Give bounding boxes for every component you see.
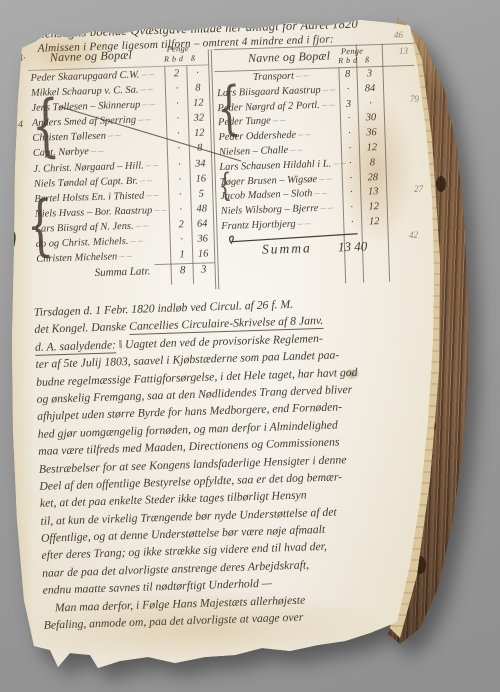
entry-name: Peder Nørgrd af 2 Portl. (217, 99, 334, 114)
ledger-table-right: Transport 8 3 Lars Biisgaard Kaastrup · … (214, 68, 389, 236)
right-column-header: Navne og Bopæl (248, 49, 331, 67)
entry-name: Christen Michelsen (36, 251, 132, 265)
entry-rbd: · (170, 174, 190, 186)
entry-sk: 8 (189, 143, 211, 155)
entry-rbd: 1 (172, 249, 192, 261)
entry-sk: · (186, 67, 208, 79)
entry-rbd: · (341, 143, 359, 155)
entry-sk: 5 (190, 188, 212, 200)
entry-sk: 8 (187, 82, 209, 94)
entry-sk: 36 (358, 127, 384, 139)
entry-rbd: · (343, 202, 361, 214)
left-total-rbd: 8 (172, 264, 192, 277)
entry-rbd: 8 (338, 69, 356, 81)
entry-name: Capt. Nørbye (33, 146, 104, 159)
entry-sk: 84 (357, 83, 383, 95)
entry-sk: 36 (192, 233, 214, 245)
entry-sk: 30 (358, 112, 384, 124)
entry-rbd: · (168, 113, 188, 125)
unit-rbd: Rbd (338, 56, 360, 66)
entry-rbd: · (340, 128, 358, 140)
entry-rbd: · (341, 157, 359, 169)
unit-sk: ß (191, 54, 198, 63)
entry-sk: 28 (360, 171, 386, 183)
entry-rbd: · (343, 217, 361, 229)
entry-rbd: · (169, 143, 189, 155)
entry-sk: 12 (359, 142, 385, 154)
entry-rbd: · (342, 172, 360, 184)
entry-sk: 12 (187, 98, 209, 110)
entry-sk: 12 (361, 201, 387, 213)
entry-name: Niels Tøndal af Capt. Br. (34, 175, 153, 190)
entry-rbd: · (340, 113, 358, 125)
entry-sk: 16 (192, 248, 214, 260)
right-total-label: Summa (262, 240, 312, 258)
left-total-label: Summa Latr. (95, 265, 151, 279)
entry-rbd: · (342, 187, 360, 199)
entry-sk: 16 (190, 173, 212, 185)
entry-sk: 3 (356, 68, 382, 80)
entry-rbd: · (172, 234, 192, 246)
entry-sk: 32 (188, 113, 210, 125)
entry-sk: 48 (191, 203, 213, 215)
entry-name: Christen Tøllesen (32, 131, 120, 145)
entry-name: Transport (216, 70, 308, 84)
left-money-header: Penge (167, 43, 190, 54)
entry-rbd: 3 (339, 98, 357, 110)
entry-rbd: · (167, 98, 187, 110)
entry-rbd: · (167, 83, 187, 95)
circular-transcription: Tirsdagen d. 1 Febr. 1820 indløb ved Cir… (34, 291, 446, 634)
entry-rbd: · (339, 83, 357, 95)
entry-rbd: · (169, 159, 189, 171)
left-total-sk: 3 (192, 263, 214, 276)
entry-sk: 64 (191, 218, 213, 230)
left-money-units: Rbd ß (164, 54, 198, 64)
entry-name: do og Christ. Michels. (36, 236, 144, 250)
entry-name: Lars Biisgrd af N. Jens. (35, 220, 148, 235)
ledger-table-left: Peder Skaarupgaard C.W. 2 · Mikkel Schaa… (28, 67, 216, 269)
entry-rbd: · (171, 204, 191, 216)
entry-name: Peder Tunge (218, 115, 286, 128)
entry-name: Peder Skaarupgaard C.W. (30, 69, 154, 84)
left-column-header: Navne og Bopæl (50, 48, 133, 66)
unit-sk: ß (365, 55, 372, 64)
entry-name: Tøger Brusen – Wigsøe (220, 173, 332, 188)
entry-name: Peder Oddershede (218, 129, 310, 143)
entry-name: Anders Smed af Sperring (32, 114, 151, 129)
entry-sk: 8 (359, 157, 385, 169)
book: 4613792742 Udensogns boende Qvæstgave im… (0, 0, 500, 692)
unit-rbd: Rbd (164, 54, 186, 64)
entry-sk: 13 (360, 186, 386, 198)
entry-rbd: 2 (171, 219, 191, 231)
text-segment: det Kongel. Danske (34, 320, 129, 336)
entry-rbd: · (170, 189, 190, 201)
right-total-value: 13 40 (338, 238, 368, 255)
entry-name: Lars Biisgaard Kaastrup (217, 84, 335, 99)
margin-mark: 4· (18, 53, 26, 64)
entry-name: Nielsen – Challe (219, 144, 303, 158)
entry-rbd: 2 (166, 68, 186, 80)
entry-name: Jacob Madsen – Sloth (220, 188, 327, 202)
entry-sk: 34 (189, 158, 211, 170)
margin-mark: 14 (13, 119, 23, 130)
entry-rbd: · (168, 128, 188, 140)
right-money-units: Rbd ß (338, 55, 372, 65)
fore-edge-spot (436, 176, 446, 192)
entry-sk: 12 (188, 128, 210, 140)
entry-sk: 12 (361, 216, 387, 228)
entry-sk: · (357, 97, 383, 109)
entry-name: Niels Wilsborg – Bjerre (221, 203, 334, 218)
